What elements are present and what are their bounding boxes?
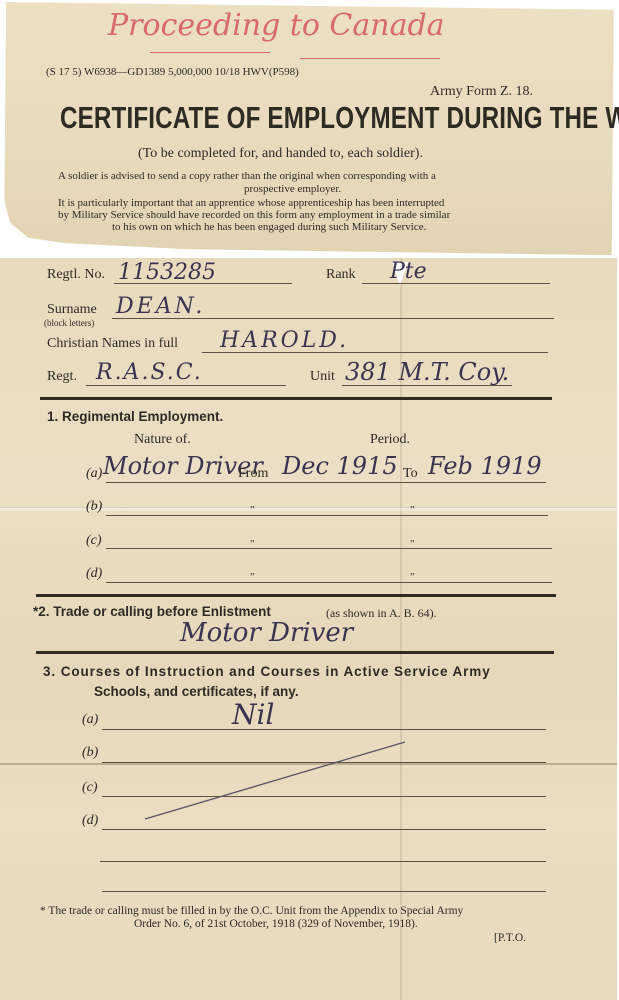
- annotation-underline: [300, 58, 440, 59]
- section-divider: [36, 594, 556, 597]
- christian-names-label: Christian Names in full: [47, 336, 178, 352]
- advice-text: prospective employer.: [244, 183, 341, 195]
- to-label: To: [403, 466, 418, 482]
- period-column-header: Period.: [370, 432, 410, 448]
- footnote: * The trade or calling must be filled in…: [40, 905, 463, 917]
- strike-through-line: [140, 738, 410, 824]
- trade-before-enlistment: Motor Driver: [180, 618, 353, 648]
- annotation-underline: [150, 52, 270, 53]
- apprentice-notice: by Military Service should have recorded…: [58, 209, 450, 221]
- handwritten-annotation: Proceeding to Canada: [108, 8, 445, 43]
- section3-heading: Schools, and certificates, if any.: [94, 684, 299, 699]
- surname-line: [112, 318, 554, 319]
- entry-line: [106, 515, 548, 516]
- rank-value: Pte: [390, 259, 427, 284]
- row-marker: (d): [86, 566, 102, 582]
- regt-label: Regt.: [47, 369, 77, 385]
- from-label: From: [238, 466, 268, 482]
- apprentice-notice: It is particularly important that an app…: [58, 197, 444, 209]
- row-marker: (a): [82, 712, 98, 728]
- employment-to: Feb 1919: [428, 452, 542, 480]
- surname-label: Surname: [47, 302, 97, 318]
- entry-line: [106, 582, 552, 583]
- form-number: Army Form Z. 18.: [430, 84, 533, 100]
- regt-line: [86, 385, 286, 386]
- entry-line: [102, 729, 546, 730]
- advice-text: A soldier is advised to send a copy rath…: [58, 170, 436, 182]
- unit-value: 381 M.T. Coy.: [345, 358, 509, 386]
- regtl-no-label: Regtl. No.: [47, 267, 105, 283]
- rank-label: Rank: [326, 267, 356, 283]
- unit-line: [342, 385, 512, 386]
- section-divider: [36, 651, 554, 654]
- christian-names-line: [202, 352, 548, 353]
- rank-line: [362, 283, 550, 284]
- unit-label: Unit: [310, 369, 335, 385]
- row-marker: (b): [86, 499, 102, 515]
- footnote: Order No. 6, of 21st October, 1918 (329 …: [134, 918, 418, 930]
- christian-names-value: HAROLD.: [220, 328, 349, 353]
- entry-line: [106, 548, 552, 549]
- entry-line: [106, 482, 546, 483]
- regtl-no-line: [114, 283, 292, 284]
- row-marker: (b): [82, 745, 98, 761]
- row-marker: (c): [82, 780, 98, 796]
- row-marker: (c): [86, 533, 102, 549]
- regt-value: R.A.S.C.: [96, 360, 203, 385]
- section2-heading: *2. Trade or calling before Enlistment: [33, 604, 271, 619]
- row-marker: (a): [86, 466, 102, 482]
- apprentice-notice: to his own on which he has been engaged …: [112, 221, 426, 233]
- section1-heading: 1. Regimental Employment.: [47, 409, 223, 424]
- surname-value: DEAN.: [116, 294, 205, 319]
- entry-line: [100, 861, 546, 862]
- employment-from: Dec 1915: [282, 452, 398, 480]
- page-title: CERTIFICATE OF EMPLOYMENT DURING THE WAR…: [60, 100, 619, 136]
- row-marker: (d): [82, 813, 98, 829]
- print-code: (S 17 5) W6938—GD1389 5,000,000 10/18 HW…: [46, 66, 299, 78]
- nature-column-header: Nature of.: [134, 432, 191, 448]
- regtl-no-value: 1153285: [118, 260, 216, 285]
- section-divider: [40, 397, 552, 400]
- courses-value: Nil: [232, 698, 274, 731]
- subtitle: (To be completed for, and handed to, eac…: [138, 146, 423, 162]
- surname-sublabel: (block letters): [44, 318, 94, 328]
- section3-heading: 3. Courses of Instruction and Courses in…: [43, 664, 491, 679]
- please-turn-over: [P.T.O.: [494, 932, 526, 944]
- entry-line: [102, 891, 546, 892]
- entry-line: [102, 829, 546, 830]
